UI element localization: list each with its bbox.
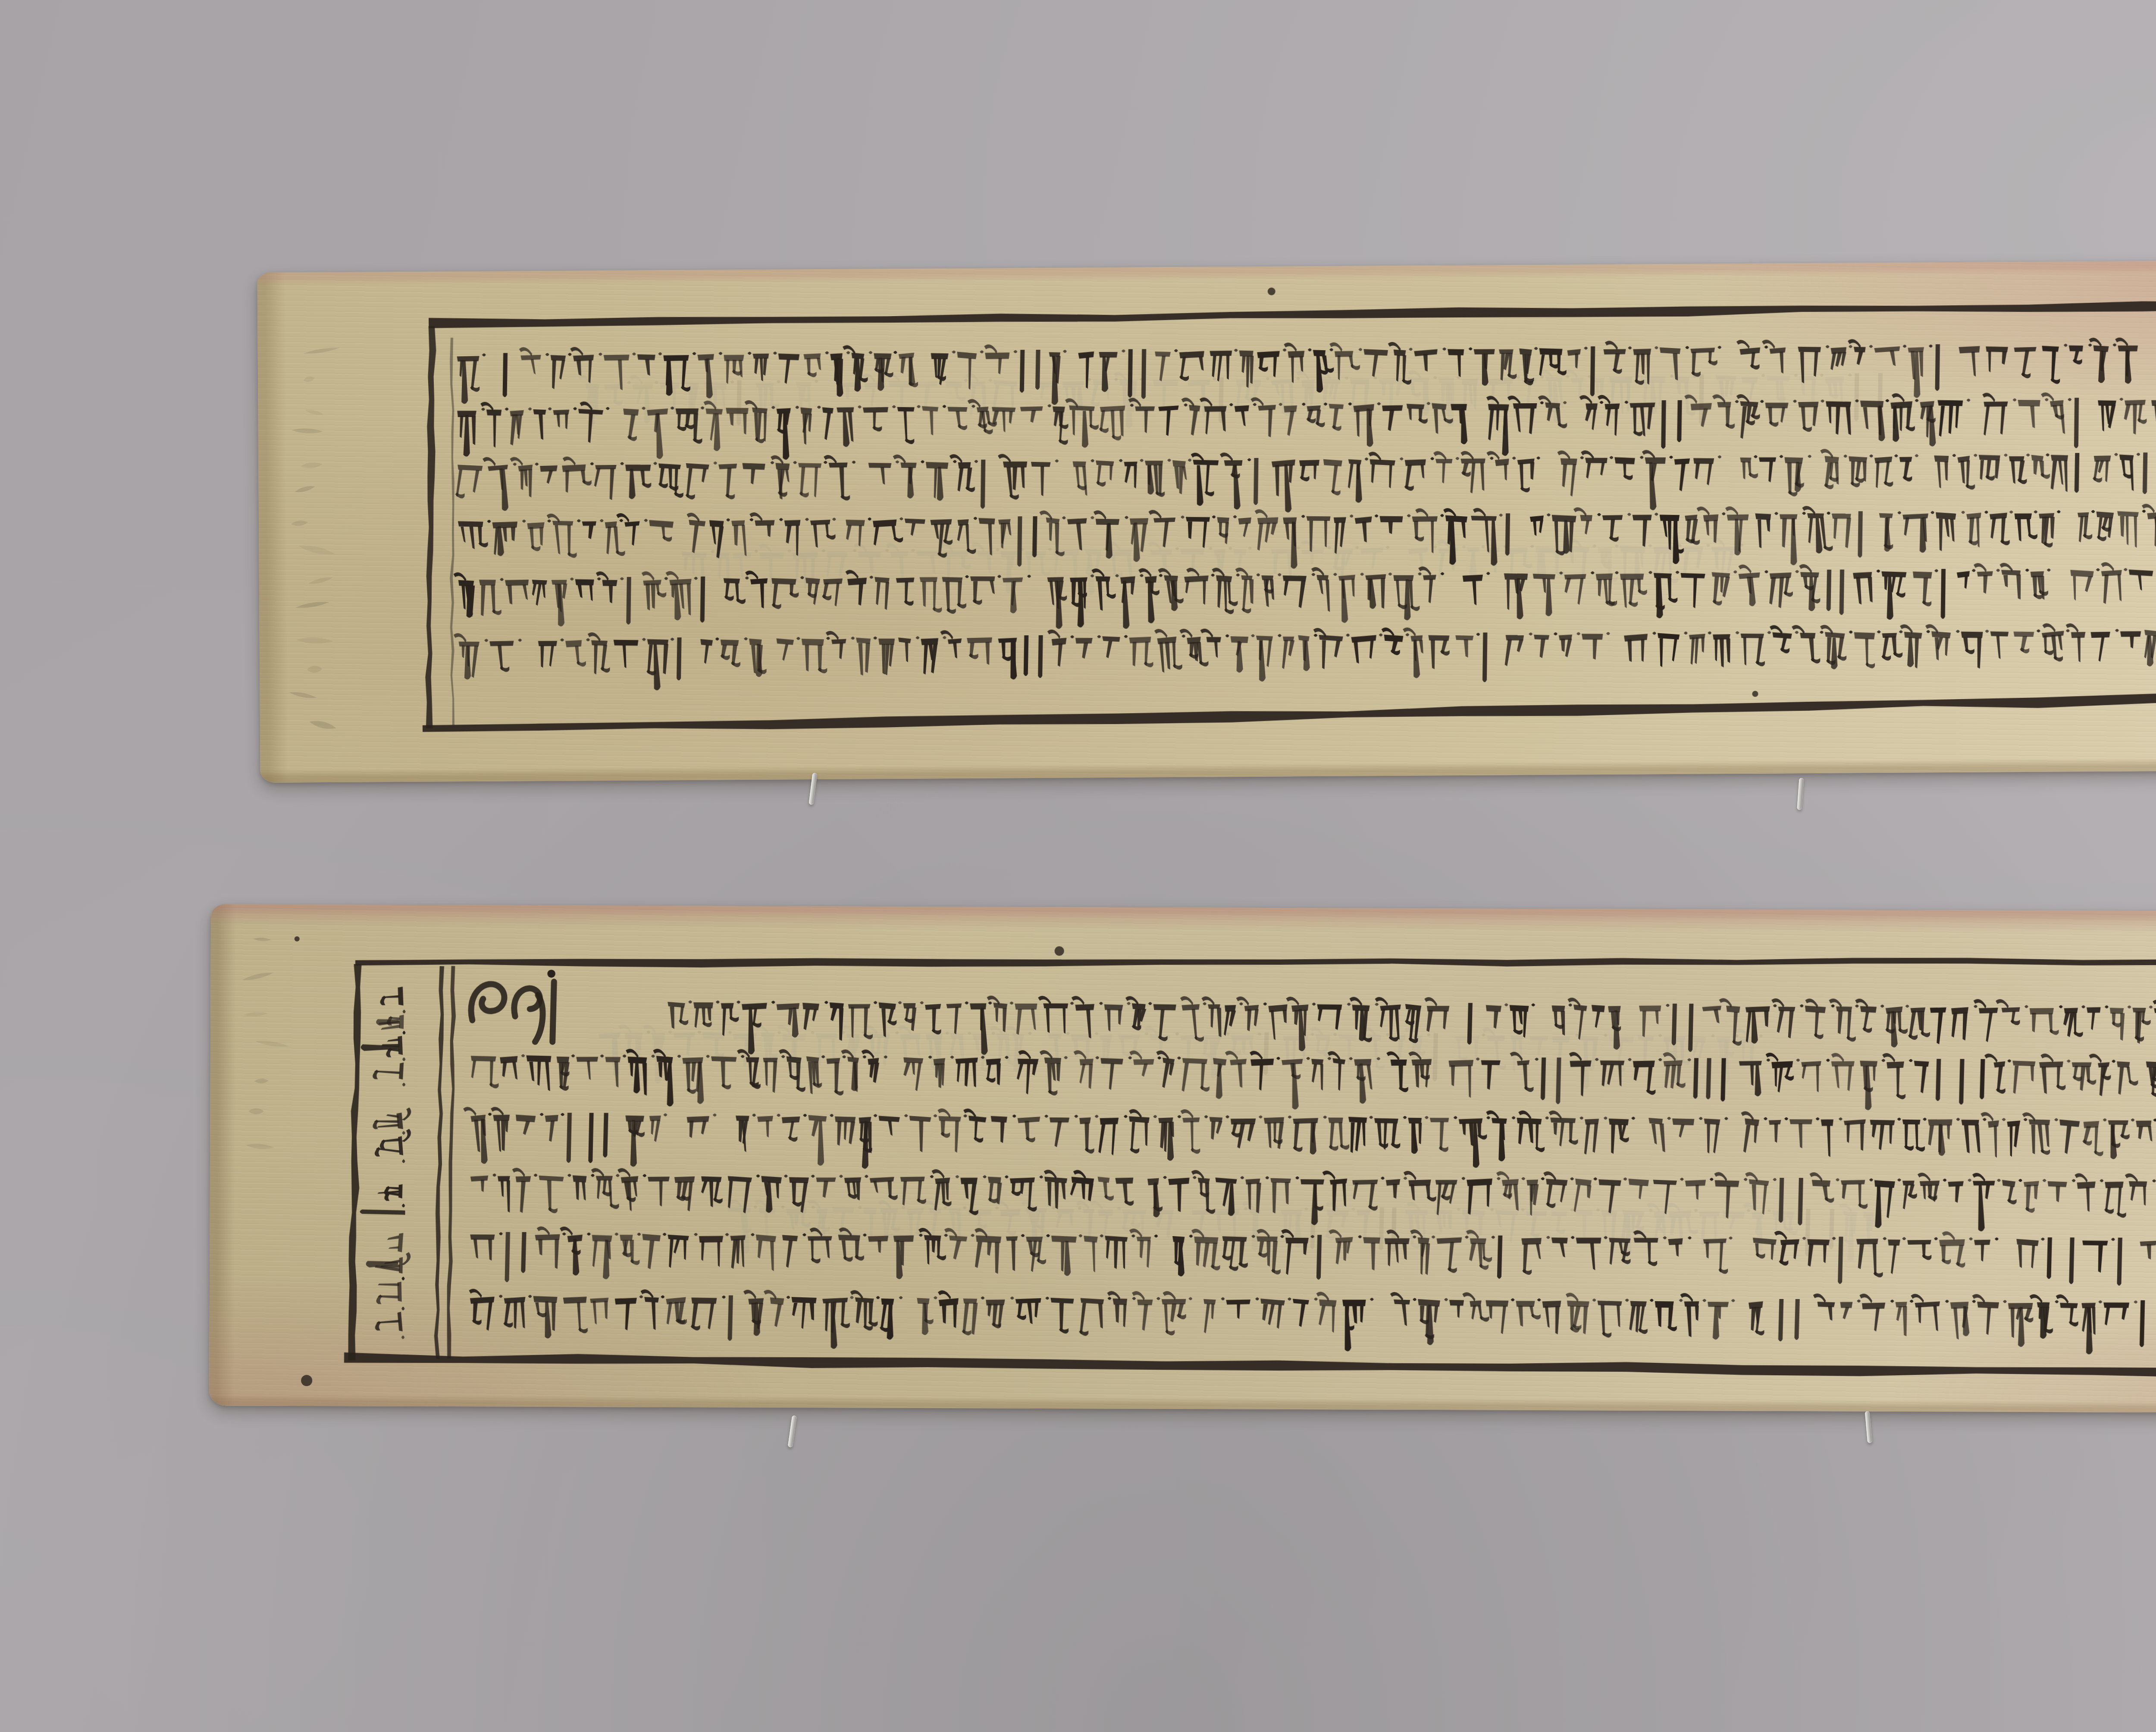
manuscript-leaf-top — [257, 260, 2156, 783]
manuscript-leaf-bottom — [209, 904, 2156, 1413]
woodblock-text-bottom-leaf — [209, 904, 2156, 1413]
mounting-pin — [1797, 778, 1804, 810]
mounting-pin — [1865, 1411, 1872, 1443]
woodblock-text-top-leaf — [257, 260, 2156, 783]
mounting-pin — [788, 1415, 797, 1448]
photo-background — [0, 0, 2156, 1732]
